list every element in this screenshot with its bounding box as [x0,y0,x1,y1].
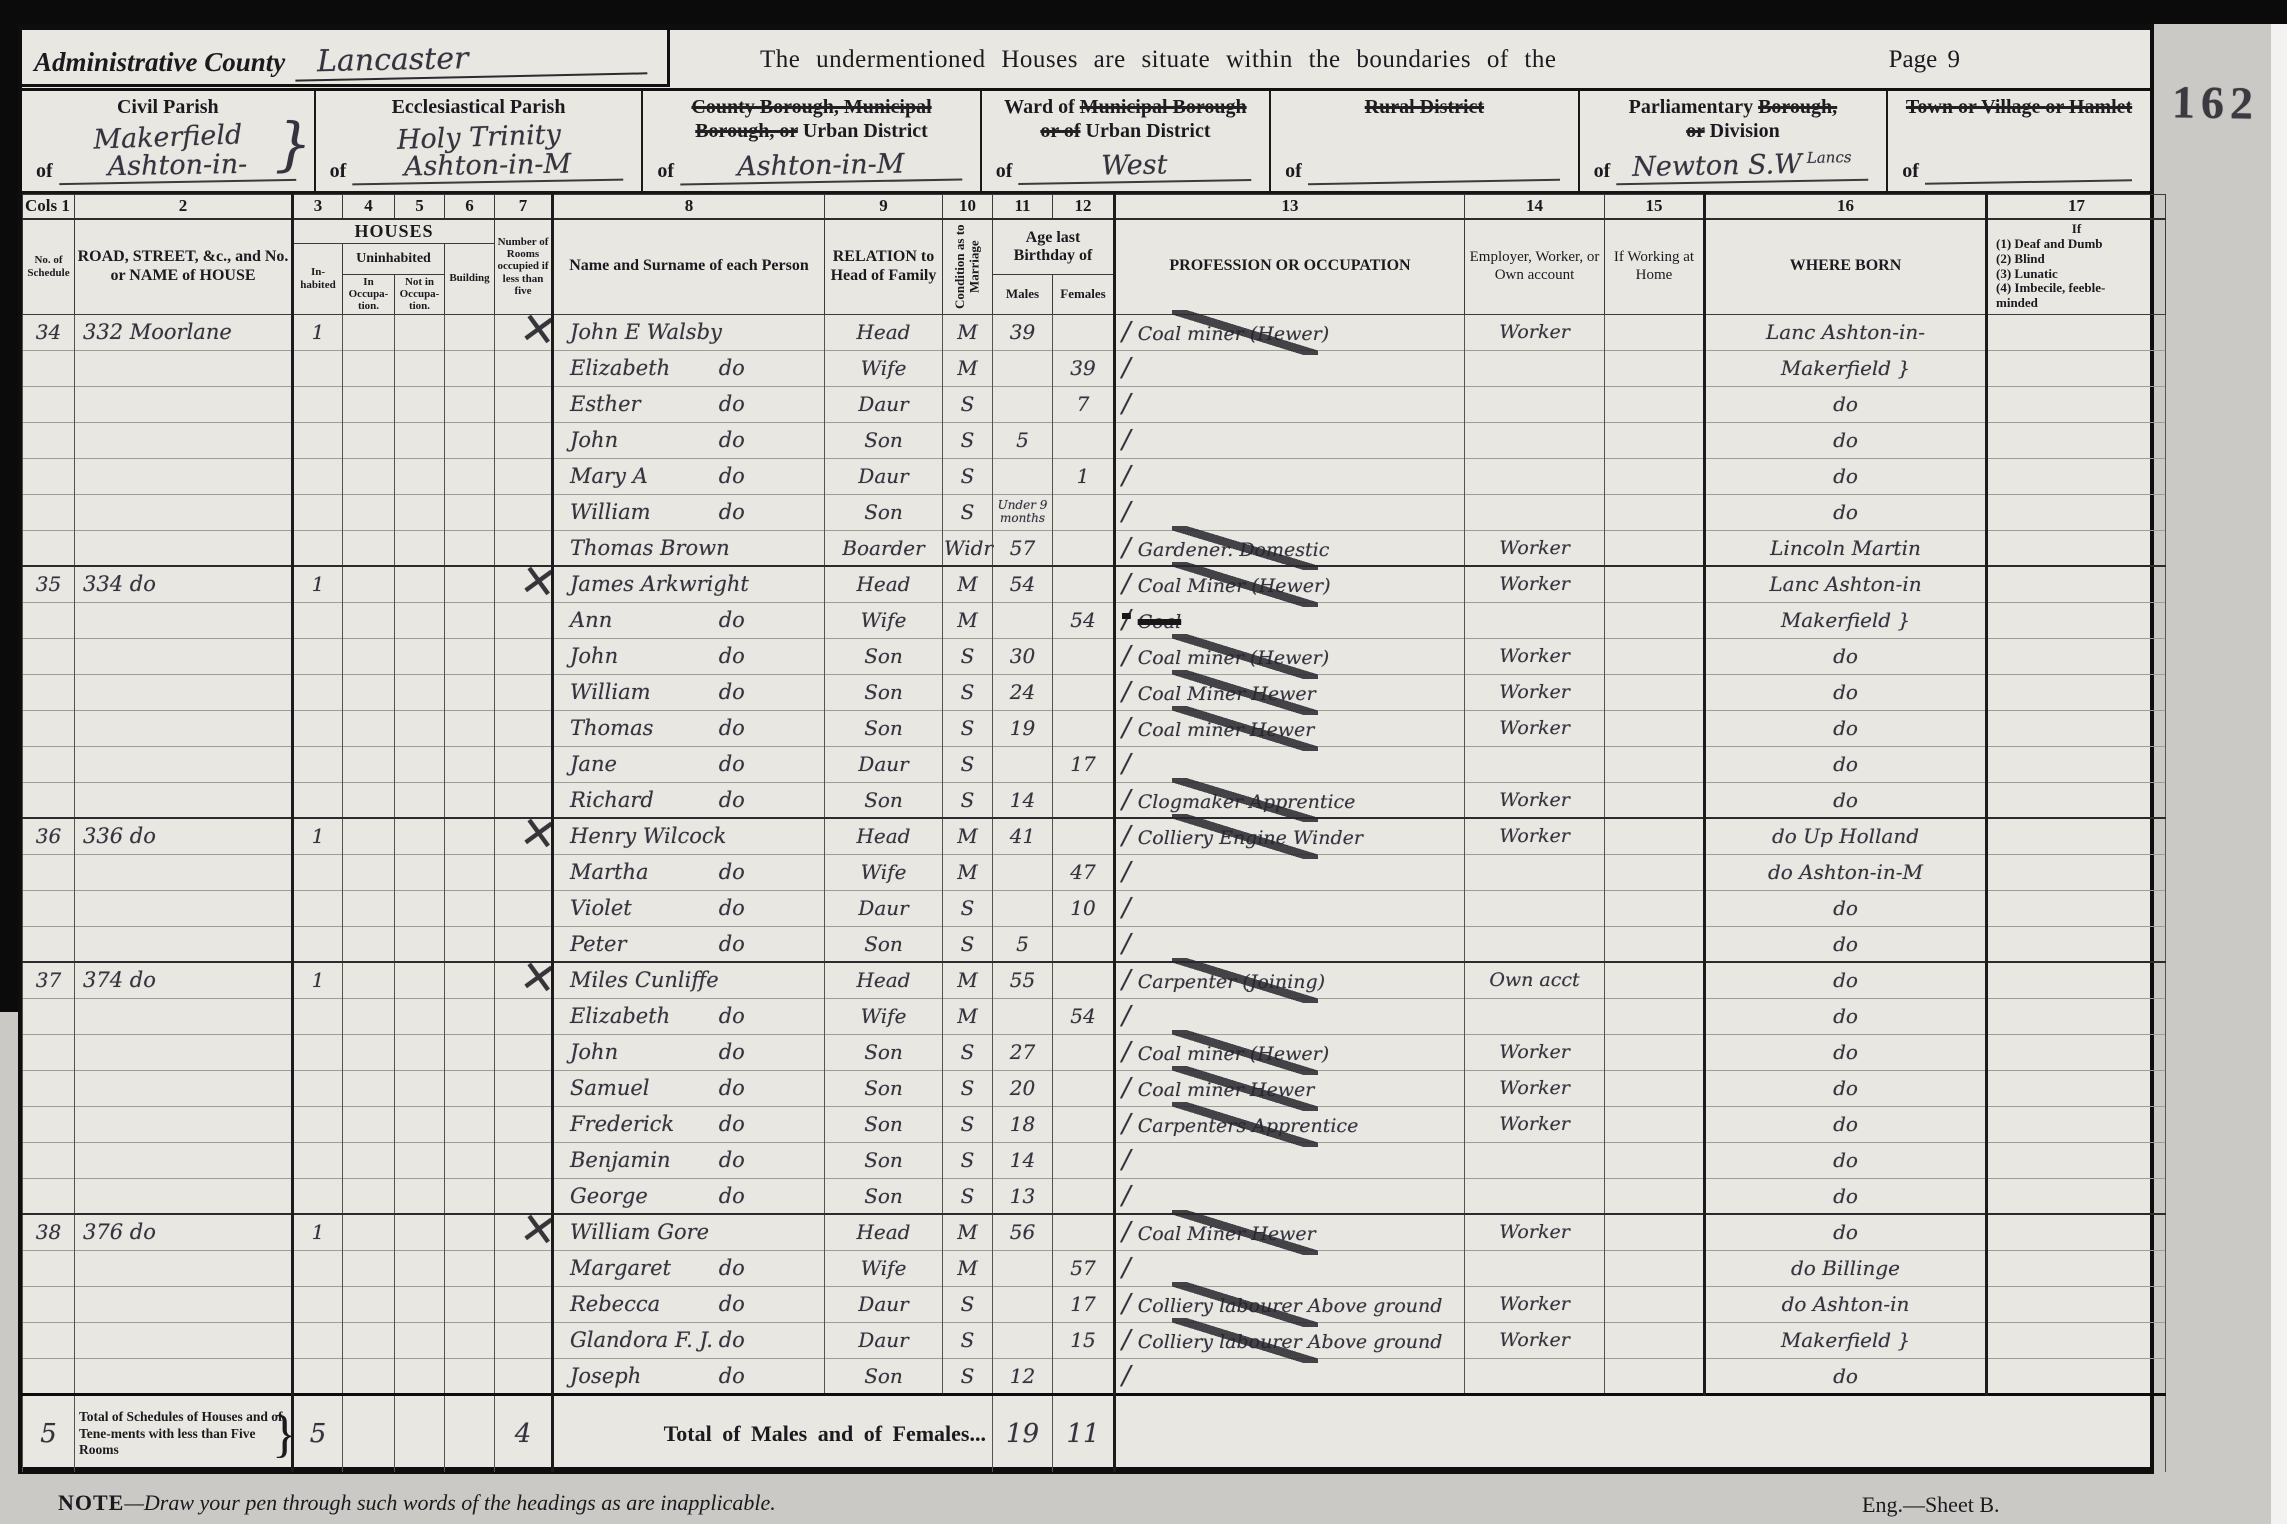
cell-relation: Son [825,1070,943,1106]
field-title: Ecclesiastical Parish [316,96,642,120]
district-field-6: Parliamentary Borough,or DivisionofNewto… [1580,91,1889,191]
cell-rooms [495,710,553,746]
name-ditto: do [719,1076,745,1100]
name-given: John [570,428,618,452]
cell-age-male [993,1286,1053,1322]
cell-infirmity [1987,638,2166,674]
cell-building [445,1322,495,1358]
cell-working-at-home [1605,1034,1705,1070]
census-table: Cols 1234567891011121314151617 No. of Sc… [22,194,2166,1472]
cell-employer: Own acct [1465,962,1605,998]
cell-age-female [1053,638,1115,674]
cell-infirmity [1987,1142,2166,1178]
cell-schedule-number: 38 [23,1214,75,1250]
table-row: Thomas Brown Boarder Widr 57 Gardener. D… [23,530,2166,566]
cell-infirmity [1987,1034,2166,1070]
cell-condition: S [943,638,993,674]
cell-condition: M [943,350,993,386]
cell-condition: M [943,818,993,854]
cell-uninhabited-in-occupation [343,818,395,854]
cell-address [75,638,293,674]
cell-uninhabited-not-in-occupation [395,638,445,674]
cell-address [75,890,293,926]
cell-uninhabited-in-occupation [343,386,395,422]
page-stamp-number: 162 [2172,75,2260,130]
column-number: 13 [1115,195,1465,219]
name-ditto: do [719,608,745,632]
name-given: Peter [570,932,627,956]
label: Division [1705,120,1780,142]
cell-address: 336 do [75,818,293,854]
cell-schedule-number [23,386,75,422]
admin-county-row: Administrative County Lancaster The unde… [22,30,2150,88]
header-condition-text: Condition as to Marriage [953,221,982,313]
cell-inhabited [293,1250,343,1286]
table-row: Elizabethdo Wife M 39 Makerfield } [23,350,2166,386]
cell-employer [1465,926,1605,962]
table-row: Marthado Wife M 47 do Ashton-in-M [23,854,2166,890]
struck-label: Borough, or [695,120,798,142]
district-field-5: Rural Districtof [1271,91,1580,191]
cell-relation: Head [825,566,943,602]
cell-uninhabited-in-occupation [343,1250,395,1286]
field-title-line: Borough, or Urban District [643,120,979,144]
column-number: 11 [993,195,1053,219]
cell-rooms [495,1034,553,1070]
name-given: Rebecca [570,1292,660,1316]
cell-inhabited [293,1178,343,1214]
name-given: Frederick [570,1112,674,1136]
cell-age-male [993,890,1053,926]
cell-rooms [495,1358,553,1394]
cell-uninhabited-not-in-occupation [395,1142,445,1178]
cell-uninhabited-in-occupation [343,1178,395,1214]
cell-age-female [1053,674,1115,710]
name-given: John [570,1040,618,1064]
district-field-4: Ward of Municipal Boroughor of Urban Dis… [982,91,1271,191]
field-value: Ashton-in- [58,148,296,185]
column-number: 14 [1465,195,1605,219]
cell-age-male: 19 [993,710,1053,746]
header-uninhabited: Uninhabited [343,243,445,275]
cell-rooms [495,1322,553,1358]
field-value: West [1018,148,1251,185]
cell-age-female: 7 [1053,386,1115,422]
of-label: of [36,160,53,183]
table-row: Frederickdo Son S 18 Carpenters Apprenti… [23,1106,2166,1142]
cell-age-male [993,746,1053,782]
cell-occupation: Colliery labourer Above ground [1115,1322,1465,1358]
cell-occupation [1115,1358,1465,1394]
table-row: Elizabethdo Wife M 54 do [23,998,2166,1034]
cell-relation: Son [825,1106,943,1142]
cell-inhabited [293,890,343,926]
cell-working-at-home [1605,854,1705,890]
cell-uninhabited-in-occupation [343,602,395,638]
cell-building [445,998,495,1034]
cell-working-at-home [1605,1142,1705,1178]
cell-uninhabited-in-occupation [343,710,395,746]
cell-infirmity [1987,494,2166,530]
cell-schedule-number [23,350,75,386]
cell-working-at-home [1605,1070,1705,1106]
cell-relation: Boarder [825,530,943,566]
name-given: Margaret [570,1256,671,1280]
table-row: Williamdo Son S Under 9 months do [23,494,2166,530]
cell-uninhabited-not-in-occupation [395,314,445,350]
name-ditto: do [719,1184,745,1208]
cell-where-born: do [1705,890,1987,926]
cell-where-born: do Ashton-in [1705,1286,1987,1322]
cell-uninhabited-not-in-occupation [395,782,445,818]
cell-address [75,1070,293,1106]
cell-age-female [1053,566,1115,602]
label: Ward of [1004,96,1080,118]
name-given: Richard [570,788,654,812]
totals-empty-cell [395,1394,445,1472]
cell-uninhabited-not-in-occupation [395,1250,445,1286]
cell-schedule-number: 37 [23,962,75,998]
cell-rooms [495,638,553,674]
cell-inhabited [293,494,343,530]
field-entry-line: of [1285,160,1560,183]
cell-occupation [1115,386,1465,422]
cell-address [75,1322,293,1358]
cell-age-female [1053,1214,1115,1250]
name-ditto: do [719,464,745,488]
cell-infirmity [1987,710,2166,746]
cell-occupation: Carpenters Apprentice [1115,1106,1465,1142]
cell-address: 374 do [75,962,293,998]
header-not-in-occupation: Not in Occupa-tion. [395,275,445,314]
cell-age-female [1053,1106,1115,1142]
cell-condition: M [943,998,993,1034]
cell-address [75,422,293,458]
table-body: 34 332 Moorlane 1 John E Walsby Head M 3… [23,314,2166,1394]
column-number: 6 [445,195,495,219]
cell-working-at-home [1605,818,1705,854]
totals-males: 19 [993,1394,1053,1472]
table-row: Mary Ado Daur S 1 do [23,458,2166,494]
cell-name: Williamdo [553,494,825,530]
name-given: Benjamin [570,1148,671,1172]
struck-label: Rural District [1365,96,1484,118]
cell-condition: S [943,458,993,494]
field-value [1308,179,1560,185]
cell-age-male [993,350,1053,386]
cell-schedule-number [23,530,75,566]
cell-working-at-home [1605,422,1705,458]
cell-where-born: do [1705,638,1987,674]
cell-inhabited [293,1034,343,1070]
cell-uninhabited-in-occupation [343,674,395,710]
name-given: Thomas [570,716,653,740]
cell-name: William Gore [553,1214,825,1250]
cell-name: Margaretdo [553,1250,825,1286]
totals-empty-cell [445,1394,495,1472]
cell-employer: Worker [1465,710,1605,746]
cell-name: Georgedo [553,1178,825,1214]
cell-uninhabited-not-in-occupation [395,1034,445,1070]
cell-inhabited [293,854,343,890]
cell-name: Henry Wilcock [553,818,825,854]
cell-condition: M [943,314,993,350]
cell-occupation: Coal Miner (Hewer) [1115,566,1465,602]
cell-inhabited [293,386,343,422]
cell-address [75,746,293,782]
cell-age-male: 13 [993,1178,1053,1214]
admin-county-value: Lancaster [295,37,648,81]
table-row: Richarddo Son S 14 Clogmaker Apprentice … [23,782,2166,818]
cell-inhabited [293,926,343,962]
cell-condition: M [943,962,993,998]
cell-occupation [1115,854,1465,890]
cell-employer: Worker [1465,638,1605,674]
field-entry-line: ofAshton-in-M [657,150,961,183]
cell-building [445,1250,495,1286]
cell-condition: S [943,746,993,782]
cell-employer: Worker [1465,674,1605,710]
header-condition: Condition as to Marriage [943,219,993,315]
label: Urban District [798,120,928,142]
name-given: Esther [570,392,641,416]
cell-uninhabited-not-in-occupation [395,890,445,926]
header-building: Building [445,243,495,314]
name-given: William [570,500,651,524]
name-given: Glandora F. J. [570,1328,713,1352]
cell-age-male: 5 [993,422,1053,458]
cell-where-born: Lanc Ashton-in- [1705,314,1987,350]
scan-right-margin [2271,24,2287,1524]
field-value-sup: Lancs [1807,148,1852,167]
cell-condition: M [943,1214,993,1250]
cell-where-born: Lanc Ashton-in [1705,566,1987,602]
column-number: 2 [75,195,293,219]
cell-employer [1465,350,1605,386]
table-row: Rebeccado Daur S 17 Colliery labourer Ab… [23,1286,2166,1322]
cell-address: 376 do [75,1214,293,1250]
cell-uninhabited-not-in-occupation [395,1286,445,1322]
district-field-1: Civil ParishMakerfield}ofAshton-in- [22,91,316,191]
cell-infirmity [1987,1178,2166,1214]
cell-inhabited [293,530,343,566]
name-ditto: do [719,1292,745,1316]
cell-working-at-home [1605,314,1705,350]
cell-employer [1465,1142,1605,1178]
cell-working-at-home [1605,782,1705,818]
cell-building [445,854,495,890]
cell-rooms [495,746,553,782]
cell-uninhabited-not-in-occupation [395,1322,445,1358]
cell-inhabited: 1 [293,962,343,998]
cell-schedule-number [23,1358,75,1394]
cell-uninhabited-not-in-occupation [395,998,445,1034]
cell-relation: Daur [825,746,943,782]
field-title: Ward of Municipal Boroughor of Urban Dis… [982,96,1269,143]
cell-uninhabited-in-occupation [343,314,395,350]
header-schedule: No. of Schedule [23,219,75,315]
column-number: Cols 1 [23,195,75,219]
table-row: 38 376 do 1 William Gore Head M 56 Coal … [23,1214,2166,1250]
cell-address [75,854,293,890]
cell-schedule-number [23,782,75,818]
cell-inhabited [293,602,343,638]
name-ditto: do [719,1148,745,1172]
cell-condition: S [943,1070,993,1106]
cell-condition: S [943,1106,993,1142]
cell-occupation [1115,926,1465,962]
table-row: Glandora F. J.do Daur S 15 Colliery labo… [23,1322,2166,1358]
cell-relation: Son [825,494,943,530]
cell-name: John E Walsby [553,314,825,350]
cell-rooms [495,1142,553,1178]
table-header: Cols 1234567891011121314151617 No. of Sc… [23,195,2166,315]
cell-where-born: do [1705,998,1987,1034]
cell-where-born: do [1705,926,1987,962]
cell-inhabited [293,1142,343,1178]
name-ditto: do [719,716,745,740]
totals-males-females-label: Total of Males and of Females... [553,1394,993,1472]
table-row: Johndo Son S 5 do [23,422,2166,458]
struck-label: County Borough, Municipal [691,96,931,118]
field-entry-line: ofNewton S.WLancs [1594,150,1869,183]
cell-employer: Worker [1465,1286,1605,1322]
cell-occupation [1115,422,1465,458]
table-row: 36 336 do 1 Henry Wilcock Head M 41 Coll… [23,818,2166,854]
cell-condition: S [943,494,993,530]
cell-age-female [1053,1142,1115,1178]
cell-schedule-number [23,1106,75,1142]
cell-working-at-home [1605,638,1705,674]
label: Parliamentary [1629,96,1758,118]
header-employer: Employer, Worker, or Own account [1465,219,1605,315]
cell-infirmity [1987,818,2166,854]
district-fields-row: Civil ParishMakerfield}ofAshton-in-Eccle… [22,88,2150,194]
name-given: John [570,644,618,668]
cell-infirmity [1987,962,2166,998]
cell-inhabited: 1 [293,314,343,350]
column-number: 5 [395,195,445,219]
table-row: Janedo Daur S 17 do [23,746,2166,782]
table-row: Williamdo Son S 24 Coal Miner Hewer Work… [23,674,2166,710]
cell-building [445,350,495,386]
cell-age-female [1053,1358,1115,1394]
header-rooms: Number of Rooms occupied if less than fi… [495,219,553,315]
cell-where-born: do [1705,1358,1987,1394]
field-value: Ashton-in-M [680,148,962,186]
cell-building [445,926,495,962]
cell-age-male: 30 [993,638,1053,674]
cell-where-born: do Ashton-in-M [1705,854,1987,890]
cell-employer [1465,422,1605,458]
header-houses-group: HOUSES [293,219,495,244]
cell-uninhabited-in-occupation [343,1214,395,1250]
of-label: of [1902,160,1919,183]
cell-relation: Son [825,638,943,674]
cell-building [445,1358,495,1394]
name-ditto: do [719,1004,745,1028]
cell-occupation [1115,1142,1465,1178]
cell-where-born: do [1705,962,1987,998]
cell-relation: Daur [825,890,943,926]
cell-infirmity [1987,422,2166,458]
cell-relation: Wife [825,350,943,386]
cell-inhabited: 1 [293,818,343,854]
cell-inhabited [293,1106,343,1142]
cell-building [445,458,495,494]
header-infirmity-line: (4) Imbecile, feeble- [1990,281,2163,296]
cell-schedule-number [23,890,75,926]
cell-inhabited [293,746,343,782]
cell-uninhabited-in-occupation [343,926,395,962]
cell-working-at-home [1605,746,1705,782]
cell-schedule-number: 36 [23,818,75,854]
cell-employer: Worker [1465,530,1605,566]
label: Urban District [1081,120,1211,142]
cell-where-born: do [1705,458,1987,494]
cell-address [75,494,293,530]
cell-inhabited [293,674,343,710]
cell-relation: Wife [825,602,943,638]
cell-age-female [1053,1034,1115,1070]
cell-inhabited [293,458,343,494]
cell-building [445,746,495,782]
field-entry-line: ofWest [996,150,1251,183]
header-name: Name and Surname of each Person [553,219,825,315]
page-number: Page 9 [1889,46,1960,74]
header-age: Age last Birthday of [993,219,1115,275]
cell-name: Thomas Brown [553,530,825,566]
cell-occupation [1115,1178,1465,1214]
cell-working-at-home [1605,674,1705,710]
field-title-line: Ward of Municipal Borough [982,96,1269,120]
of-label: of [657,160,674,183]
cell-schedule-number [23,458,75,494]
cell-age-female [1053,710,1115,746]
totals-schedules-label: Total of Schedules of Houses and of Tene… [75,1394,293,1472]
cell-uninhabited-in-occupation [343,782,395,818]
cell-building [445,530,495,566]
cell-working-at-home [1605,1106,1705,1142]
cell-address [75,530,293,566]
cell-age-female: 39 [1053,350,1115,386]
header-females: Females [1053,275,1115,314]
cell-schedule-number [23,602,75,638]
cell-employer [1465,1178,1605,1214]
cell-relation: Son [825,1034,943,1070]
cell-inhabited [293,422,343,458]
table-row: Peterdo Son S 5 do [23,926,2166,962]
name-ditto: do [719,932,745,956]
cell-address [75,1358,293,1394]
cell-building [445,638,495,674]
sheet-label: Eng.—Sheet B. [1862,1492,2000,1518]
cell-building [445,386,495,422]
cell-infirmity [1987,1358,2166,1394]
cell-where-born: do [1705,494,1987,530]
cell-age-female: 17 [1053,746,1115,782]
name-given: Elizabeth [570,1004,670,1028]
cell-employer [1465,746,1605,782]
cell-uninhabited-in-occupation [343,566,395,602]
cell-rooms [495,1106,553,1142]
cell-condition: M [943,566,993,602]
cell-working-at-home [1605,1358,1705,1394]
cell-relation: Son [825,782,943,818]
field-title-line: County Borough, Municipal [643,96,979,120]
cell-uninhabited-in-occupation [343,854,395,890]
struck-label: Borough, [1758,96,1837,118]
